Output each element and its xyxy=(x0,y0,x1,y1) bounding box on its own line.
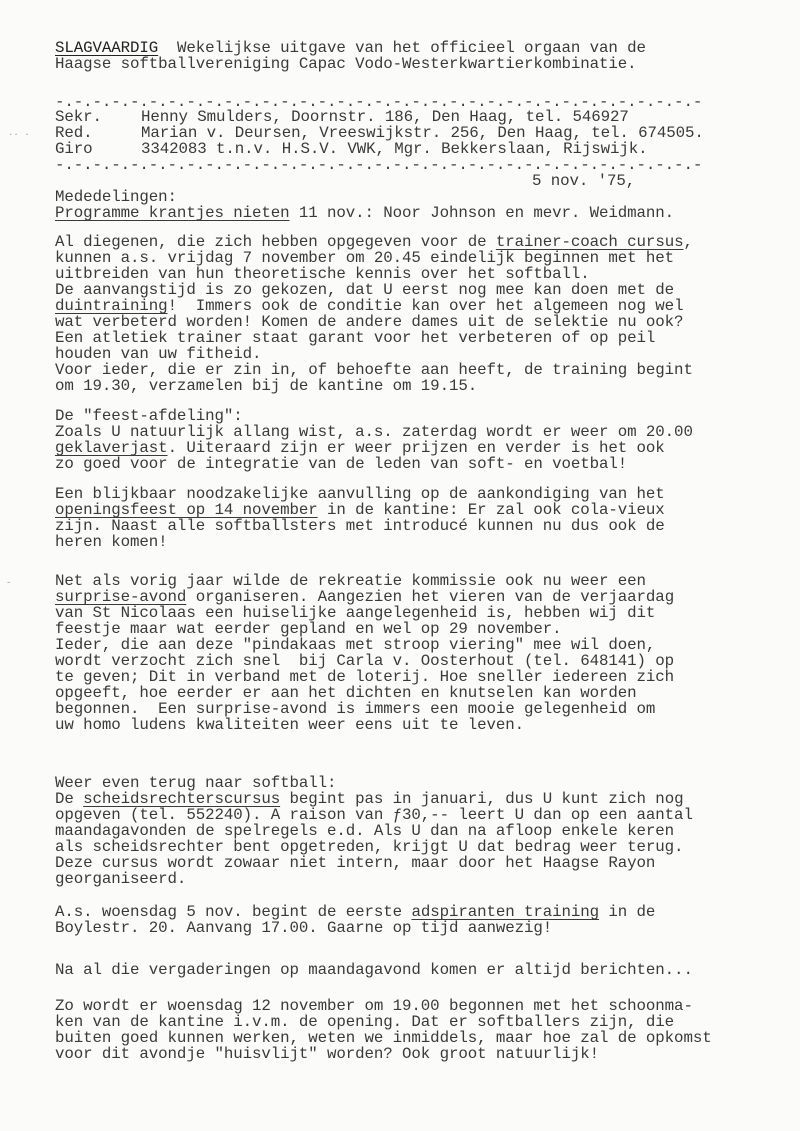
adspiranten-line-2: Boylestr. 20. Aanvang 17.00. Gaarne op t… xyxy=(55,920,552,936)
scan-speck: - xyxy=(6,578,11,588)
feest-line-2: geklaverjast. Uiteraard zijn er weer pri… xyxy=(55,440,665,456)
trainer-line-6: wat verbeterd worden! Komen de andere da… xyxy=(55,314,683,330)
opening-line-1: Een blijkbaar noodzakelijke aanvulling o… xyxy=(55,486,665,502)
schoonmaak-line-1: Zo wordt er woensdag 12 november om 19.0… xyxy=(55,998,693,1014)
surprise-line-2: surprise-avond organiseren. Aangezien he… xyxy=(55,589,674,605)
softball-line-1: De scheidsrechterscursus begint pas in j… xyxy=(55,791,683,807)
schoonmaak-line-2: ken van de kantine i.v.m. de opening. Da… xyxy=(55,1014,674,1030)
trainer-line-7: Een atletiek trainer staat garant voor h… xyxy=(55,330,655,346)
divider-bottom: -.-.-.-.-.-.-.-.-.-.-.-.-.-.-.-.-.-.-.-.… xyxy=(55,157,702,173)
masthead-line-2: Haagse softballvereniging Capac Vodo-Wes… xyxy=(55,56,637,72)
opening-line-2: openingsfeest op 14 november in de kanti… xyxy=(55,502,665,518)
mededelingen-heading: Mededelingen: xyxy=(55,189,177,205)
softball-line-5: Deze cursus wordt zowaar niet intern, ma… xyxy=(55,855,655,871)
softball-line-4: als scheidsrechter bent opgetreden, krij… xyxy=(55,839,683,855)
surprise-line-3: van St Nicolaas een huiselijke aangelege… xyxy=(55,605,655,621)
trainer-line-4: De aanvangstijd is zo gekozen, dat U eer… xyxy=(55,282,674,298)
surprise-line-5: Ieder, die aan deze "pindakaas met stroo… xyxy=(55,637,655,653)
issue-date: 5 nov. '75, xyxy=(532,173,635,189)
surprise-line-7: te geven; Dit in verband met de loterij.… xyxy=(55,669,674,685)
trainer-line-1: Al diegenen, die zich hebben opgegeven v… xyxy=(55,234,693,250)
softball-line-3: maandagavonden de spelregels e.d. Als U … xyxy=(55,823,674,839)
softball-heading: Weer even terug naar softball: xyxy=(55,775,336,791)
feest-line-1: Zoals U natuurlijk allang wist, a.s. zat… xyxy=(55,424,693,440)
trainer-line-2: kunnen a.s. vrijdag 7 november om 20.45 … xyxy=(55,250,674,266)
schoonmaak-line-3: buiten goed kunnen werken, weten we inmi… xyxy=(55,1030,712,1046)
masthead-line-1: SLAGVAARDIG Wekelijkse uitgave van het o… xyxy=(55,40,646,56)
surprise-line-9: begonnen. Een surprise-avond is immers e… xyxy=(55,701,655,717)
opening-line-3: zijn. Naast alle softballsters met intro… xyxy=(55,518,665,534)
vergaderingen-line: Na al die vergaderingen op maandagavond … xyxy=(55,962,693,978)
surprise-line-6: wordt verzocht zich snel bij Carla v. Oo… xyxy=(55,653,674,669)
opening-line-4: heren komen! xyxy=(55,534,168,550)
mededelingen-item: Programme krantjes nieten 11 nov.: Noor … xyxy=(55,205,674,221)
adspiranten-line-1: A.s. woensdag 5 nov. begint de eerste ad… xyxy=(55,904,655,920)
softball-line-6: georganiseerd. xyxy=(55,871,186,887)
trainer-line-9: Voor ieder, die er zin in, of behoefte a… xyxy=(55,362,693,378)
contact-giro: Giro3342083 t.n.v. H.S.V. VWK, Mgr. Bekk… xyxy=(55,141,648,157)
trainer-line-3: uitbreiden van hun theoretische kennis o… xyxy=(55,266,590,282)
surprise-line-1: Net als vorig jaar wilde de rekreatie ko… xyxy=(55,573,646,589)
contact-sekr: Sekr.Henny Smulders, Doornstr. 186, Den … xyxy=(55,109,629,125)
trainer-line-10: om 19.30, verzamelen bij de kantine om 1… xyxy=(55,378,477,394)
surprise-line-4: feestje maar wat eerder gepland en wel o… xyxy=(55,621,562,637)
scan-speck: ·· · xyxy=(8,130,30,140)
trainer-line-8: houden van uw fitheid. xyxy=(55,346,261,362)
schoonmaak-line-4: voor dit avondje "huisvlijt" worden? Ook… xyxy=(55,1046,599,1062)
trainer-line-5: duintraining! Immers ook de conditie kan… xyxy=(55,298,683,314)
softball-line-2: opgeven (tel. 552240). A raison van ƒ30,… xyxy=(55,807,693,823)
surprise-line-8: opgeeft, hoe eerder er aan het dichten e… xyxy=(55,685,637,701)
surprise-line-10: uw homo ludens kwaliteiten weer eens uit… xyxy=(55,717,524,733)
contact-red: Red.Marian v. Deursen, Vreeswijkstr. 256… xyxy=(55,125,704,141)
typewritten-newsletter-page: SLAGVAARDIG Wekelijkse uitgave van het o… xyxy=(0,0,800,1131)
feest-heading: De "feest-afdeling": xyxy=(55,408,243,424)
feest-line-3: zo goed voor de integratie van de leden … xyxy=(55,456,627,472)
